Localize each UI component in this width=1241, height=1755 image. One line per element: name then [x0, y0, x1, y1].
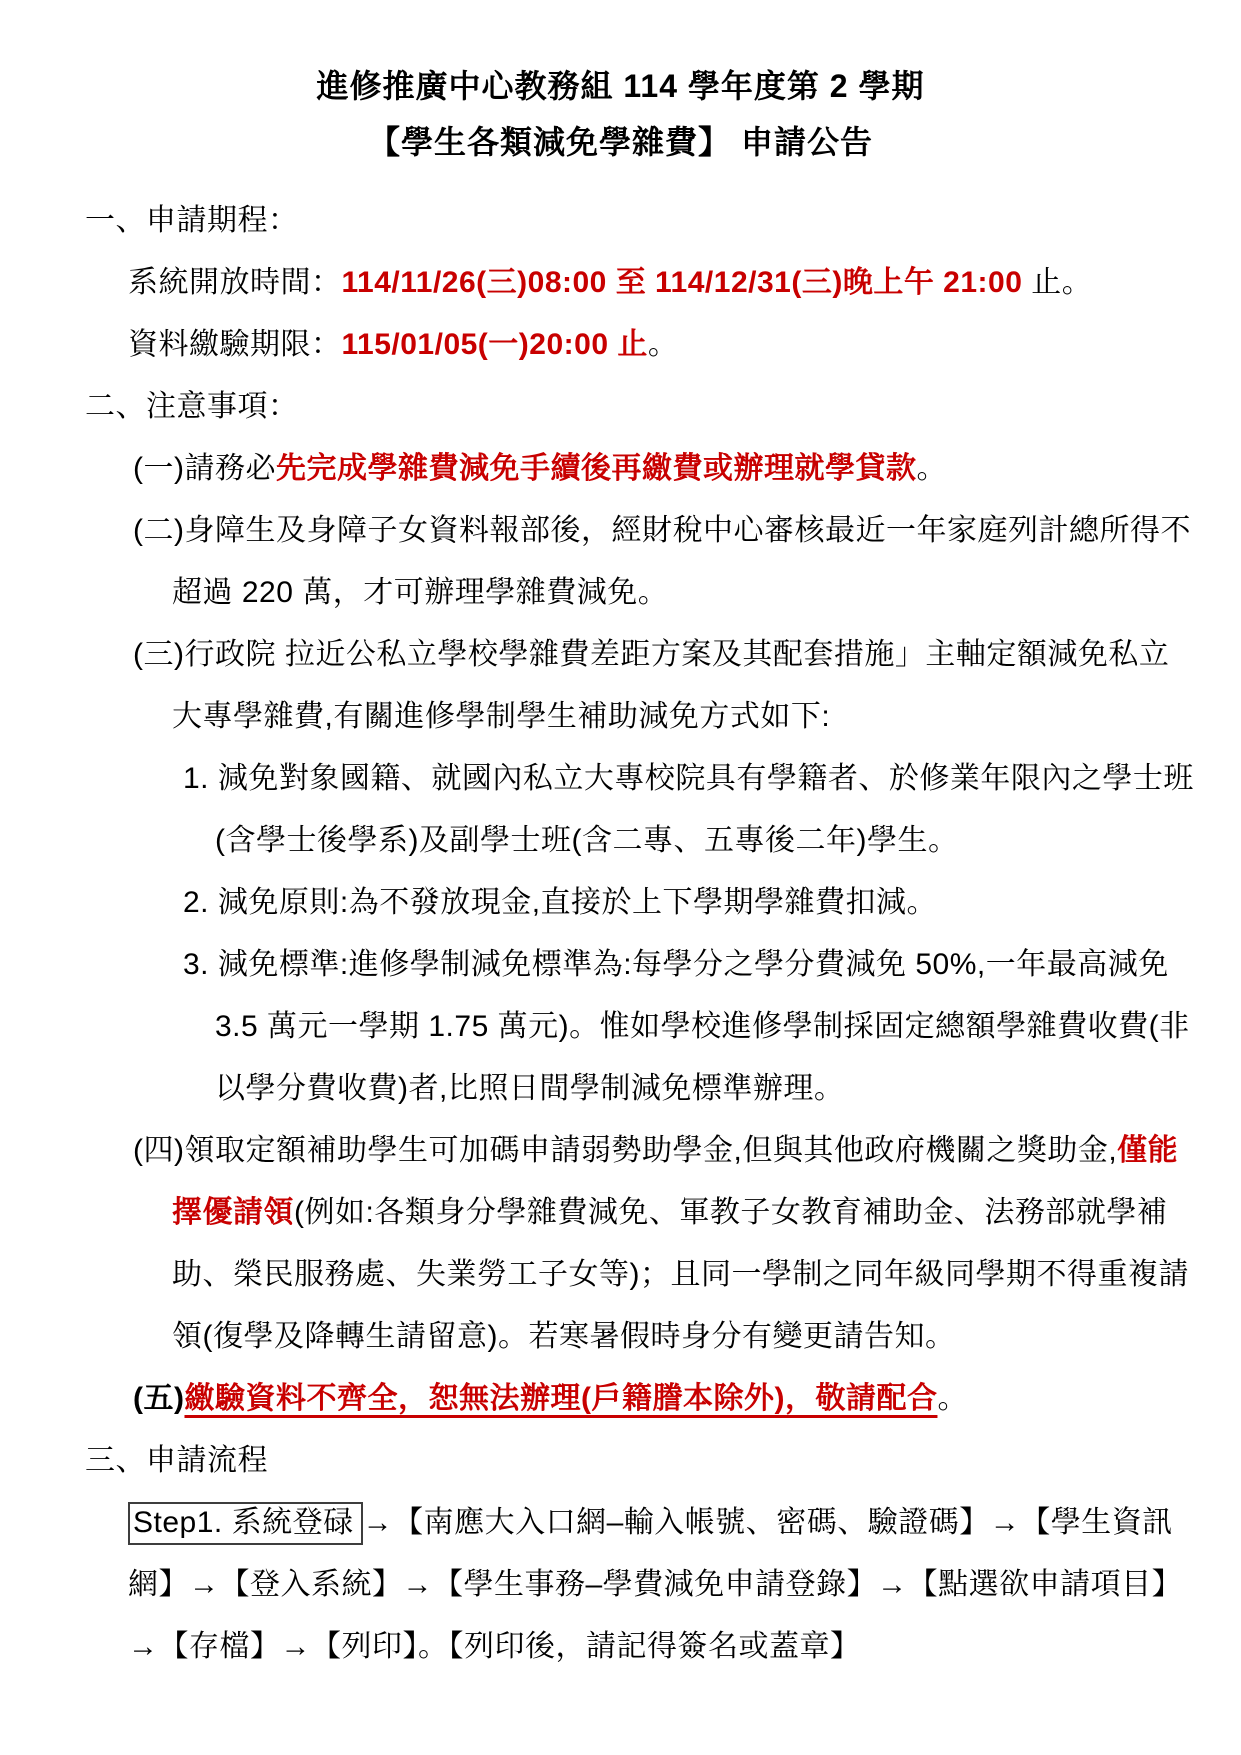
note-2-line-2: 超過 220 萬，才可辦理學雜費減免。: [0, 562, 1241, 624]
document-deadline-date-highlight: 115/01/05(一)20:00 止: [342, 328, 648, 361]
note-4-text: 領(復學及降轉生請留意)。若寒暑假時身分有變更請告知。: [172, 1320, 955, 1353]
note-3-item-1-text: (含學士後學系)及副學士班(含二專、五專後二年)學生。: [215, 824, 958, 857]
document-deadline-label: 資料繳驗期限：: [128, 328, 342, 361]
note-3-item-3-line-1: 3. 減免標準:進修學制減免標準為:每學分之學分費減免 50%,一年最高減免: [0, 934, 1241, 996]
section-heading-application-period: 一、申請期程：: [0, 190, 1241, 252]
note-4-highlight-start: 僅能: [1117, 1134, 1178, 1167]
note-3-item-2: 2. 減免原則:為不發放現金,直接於上下學期學雜費扣減。: [0, 872, 1241, 934]
note-5-number: (五): [133, 1382, 184, 1415]
note-3-item-3-text: 3. 減免標準:進修學制減免標準為:每學分之學分費減免 50%,一年最高減免: [183, 948, 1169, 981]
note-4-line-2: 擇優請領(例如:各類身分學雜費減免、軍教子女教育補助金、法務部就學補: [0, 1182, 1241, 1244]
note-4-highlight-end: 擇優請領: [172, 1196, 294, 1229]
note-3-line-2: 大專學雜費,有關進修學制學生補助減免方式如下:: [0, 686, 1241, 748]
section-number-text: 一、申請期程：: [85, 204, 299, 237]
note-4-line-4: 領(復學及降轉生請留意)。若寒暑假時身分有變更請告知。: [0, 1306, 1241, 1368]
section-number-text: 三、申請流程: [85, 1444, 268, 1477]
note-3-item-2-text: 2. 減免原則:為不發放現金,直接於上下學期學雜費扣減。: [183, 886, 937, 919]
process-line-3: →【存檔】→【列印】。【列印後，請記得簽名或蓋章】: [0, 1616, 1241, 1678]
note-3-item-1-text: 1. 減免對象國籍、就國內私立大專校院具有學籍者、於修業年限內之學士班: [183, 762, 1194, 795]
process-line-1: Step1. 系統登碌→【南應大入口網–輸入帳號、密碼、驗證碼】→【學生資訊: [0, 1492, 1241, 1554]
note-4-line-3: 助、榮民服務處、失業勞工子女等)；且同一學制之同年級同學期不得重複請: [0, 1244, 1241, 1306]
note-3-item-1-line-2: (含學士後學系)及副學士班(含二專、五專後二年)學生。: [0, 810, 1241, 872]
note-5-suffix: 。: [937, 1382, 968, 1415]
system-open-time-label: 系統開放時間：: [128, 266, 342, 299]
note-1-highlight: 先完成學雜費減免手續後再繳費或辦理就學貸款: [276, 452, 917, 485]
note-2-line-1: (二)身障生及身障子女資料報部後，經財稅中心審核最近一年家庭列計總所得不: [0, 500, 1241, 562]
note-3-item-3-text: 以學分費收費)者,比照日間學制減免標準辦理。: [215, 1072, 844, 1105]
note-3-text: (三)行政院 拉近公私立學校學雜費差距方案及其配套措施」主軸定額減免私立: [133, 638, 1169, 671]
line-document-deadline: 資料繳驗期限：115/01/05(一)20:00 止。: [0, 314, 1241, 376]
document-body: 一、申請期程： 系統開放時間：114/11/26(三)08:00 至 114/1…: [0, 190, 1241, 1678]
step1-box-label: Step1. 系統登碌: [128, 1502, 363, 1545]
process-flow-text: 網】→【登入系統】→【學生事務–學費減免申請登錄】→【點選欲申請項目】: [128, 1568, 1182, 1601]
section-number-text: 二、注意事項：: [85, 390, 299, 423]
note-2-text: 超過 220 萬，才可辦理學雜費減免。: [172, 576, 668, 609]
process-flow-text: →【存檔】→【列印】。【列印後，請記得簽名或蓋章】: [128, 1630, 861, 1663]
process-flow-text: →【南應大入口網–輸入帳號、密碼、驗證碼】→【學生資訊: [363, 1506, 1173, 1539]
document-title-line-1: 進修推廣中心教務組 114 學年度第 2 學期: [0, 58, 1241, 114]
process-line-2: 網】→【登入系統】→【學生事務–學費減免申請登錄】→【點選欲申請項目】: [0, 1554, 1241, 1616]
document-deadline-suffix: 。: [648, 328, 679, 361]
note-1-suffix: 。: [916, 452, 947, 485]
note-4-line-1: (四)領取定額補助學生可加碼申請弱勢助學金,但與其他政府機關之獎助金,僅能: [0, 1120, 1241, 1182]
section-heading-notes: 二、注意事項：: [0, 376, 1241, 438]
note-4-text: 助、榮民服務處、失業勞工子女等)；且同一學制之同年級同學期不得重複請: [172, 1258, 1189, 1291]
system-open-time-suffix: 止。: [1022, 266, 1092, 299]
note-1-prefix: (一)請務必: [133, 452, 276, 485]
document-header: 進修推廣中心教務組 114 學年度第 2 學期 【學生各類減免學雜費】 申請公告: [0, 0, 1241, 170]
note-1: (一)請務必先完成學雜費減免手續後再繳費或辦理就學貸款。: [0, 438, 1241, 500]
note-3-item-1-line-1: 1. 減免對象國籍、就國內私立大專校院具有學籍者、於修業年限內之學士班: [0, 748, 1241, 810]
note-3-item-3-text: 3.5 萬元一學期 1.75 萬元)。惟如學校進修學制採固定總額學雜費收費(非: [215, 1010, 1190, 1043]
section-heading-application-process: 三、申請流程: [0, 1430, 1241, 1492]
system-open-time-range-highlight: 114/11/26(三)08:00 至 114/12/31(三)晚上午 21:0…: [342, 266, 1023, 299]
note-4-text: (例如:各類身分學雜費減免、軍教子女教育補助金、法務部就學補: [294, 1196, 1167, 1229]
note-3-text: 大專學雜費,有關進修學制學生補助減免方式如下:: [172, 700, 830, 733]
note-5-underlined-highlight: 繳驗資料不齊全，恕無法辦理(戶籍謄本除外)，敬請配合: [184, 1382, 937, 1415]
note-3-item-3-line-3: 以學分費收費)者,比照日間學制減免標準辦理。: [0, 1058, 1241, 1120]
note-5: (五)繳驗資料不齊全，恕無法辦理(戶籍謄本除外)，敬請配合。: [0, 1368, 1241, 1430]
note-3-line-1: (三)行政院 拉近公私立學校學雜費差距方案及其配套措施」主軸定額減免私立: [0, 624, 1241, 686]
line-system-open-time: 系統開放時間：114/11/26(三)08:00 至 114/12/31(三)晚…: [0, 252, 1241, 314]
note-3-item-3-line-2: 3.5 萬元一學期 1.75 萬元)。惟如學校進修學制採固定總額學雜費收費(非: [0, 996, 1241, 1058]
note-4-text: (四)領取定額補助學生可加碼申請弱勢助學金,但與其他政府機關之獎助金,: [133, 1134, 1117, 1167]
note-2-text: (二)身障生及身障子女資料報部後，經財稅中心審核最近一年家庭列計總所得不: [133, 514, 1191, 547]
document-title-line-2: 【學生各類減免學雜費】 申請公告: [0, 114, 1241, 170]
announcement-document: 進修推廣中心教務組 114 學年度第 2 學期 【學生各類減免學雜費】 申請公告…: [0, 0, 1241, 1755]
